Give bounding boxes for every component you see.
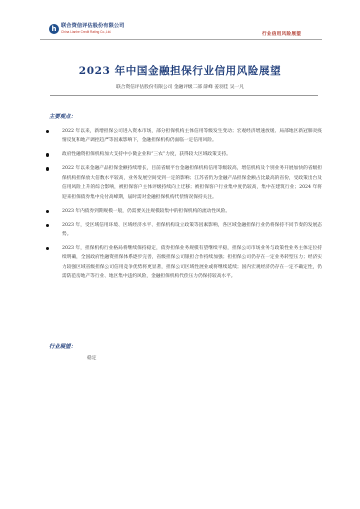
bullet-icon <box>46 153 49 156</box>
bullet-icon <box>46 224 49 227</box>
company-name-cn: 联合资信评估股份有限公司 <box>61 24 124 29</box>
company-logo: h 联合资信评估股份有限公司 China Lianhe Credit Ratin… <box>49 24 124 34</box>
list-item: 2022 年以来，新增担保公司进入资本市场，部分担保机构主体信用等级发生变动；宏… <box>46 127 322 146</box>
main-points-heading: 主要观点： <box>49 112 76 120</box>
bullet-icon <box>46 130 49 133</box>
list-item: 政府性融资担保机构加大支持中小微企业和“三农”力度，获得较大区域政策支持。 <box>46 150 322 159</box>
outlook-value: 稳定 <box>87 355 96 361</box>
list-item: 2023 年，担保机构行业格局将继续保持稳定，债券担保业务规模有望继续平稳，担保… <box>46 244 322 282</box>
list-item: 2023 年，受区域信用环境、区域经济水平、担保机构设立政策等因素影响，各区域金… <box>46 221 322 240</box>
document-title: 2023 年中国金融担保行业信用风险展望 <box>0 63 360 78</box>
logo-icon: h <box>49 24 59 34</box>
company-name-en: China Lianhe Credit Rating Co.,Ltd. <box>61 31 124 34</box>
authors-line: 联合资信评估股份有限公司 金融评级二部 薛峰 姜羽佳 吴一凡 <box>0 84 360 90</box>
main-points-list: 2022 年以来，新增担保公司进入资本市场，部分担保机构主体信用等级发生变动；宏… <box>46 127 322 286</box>
title-divider <box>50 95 318 96</box>
bullet-icon <box>46 247 49 250</box>
list-item: 2022 年以来金融产品担保金额持续增长，目前省级平台金融担保机构信用等级较高，… <box>46 164 322 202</box>
list-item: 2023 年内债券到期规模一般，仍需要关注规模较集中的担保机构的流动性风险。 <box>46 207 322 216</box>
bullet-icon <box>46 210 49 213</box>
outlook-heading: 行业展望： <box>49 342 76 350</box>
report-type-label: 行业信用风险展望 <box>262 31 301 37</box>
header-divider <box>40 39 322 40</box>
page-header: h 联合资信评估股份有限公司 China Lianhe Credit Ratin… <box>0 0 360 40</box>
bullet-icon <box>46 167 49 170</box>
